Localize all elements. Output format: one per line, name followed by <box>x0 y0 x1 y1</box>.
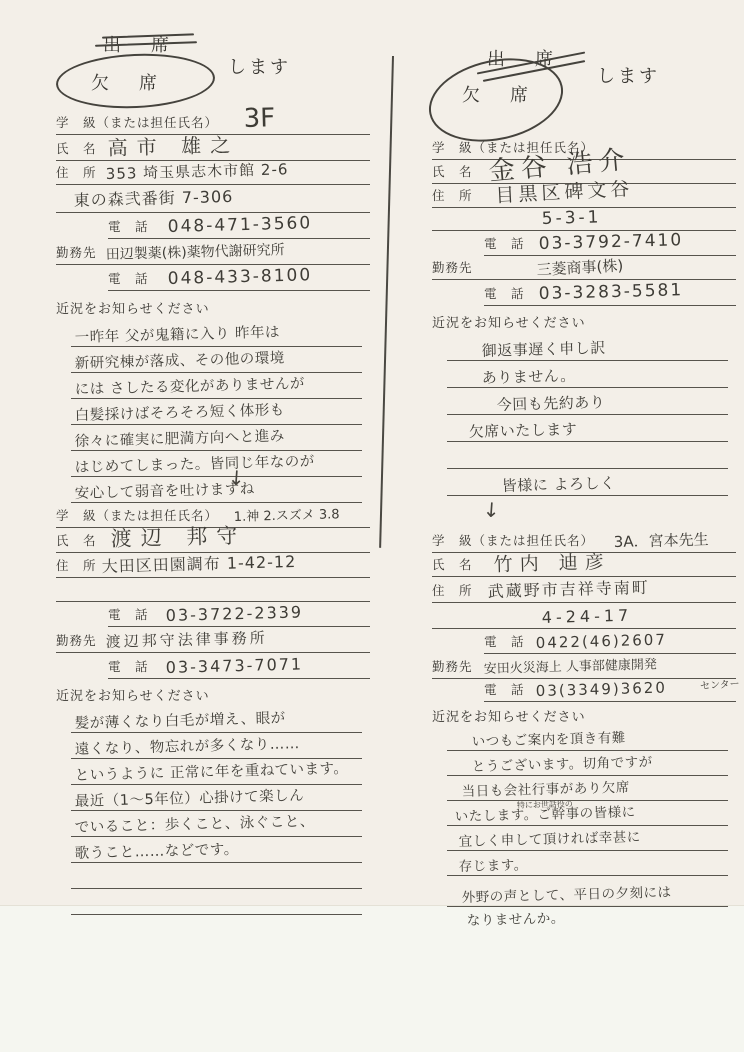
news-line: 欠席いたします <box>447 415 728 442</box>
news-line: 最近（1〜5年位）心掛けて楽しん <box>71 785 362 811</box>
news-text: いつもご案内を頂き有難 <box>472 731 626 749</box>
phone-value-handwritten: 03-3792-7410 <box>539 232 684 253</box>
news-line: 今回も先約あり <box>447 388 728 415</box>
address-line2-row <box>56 578 370 602</box>
handwritten-continuation-mark: ↓ <box>227 467 245 488</box>
phone-label: 電 話 <box>484 632 525 650</box>
address-value-handwritten: 目黒区碑文谷 <box>495 180 634 206</box>
news-text: 遠くなり、物忘れが多くなり…… <box>75 737 300 757</box>
class-label: 学 級（または担任氏名） <box>56 506 218 524</box>
news-label: 近況をお知らせください <box>432 306 736 335</box>
empty-ruled-line <box>71 863 362 889</box>
phone-field-row: 電 話 03-3792-7410 <box>484 231 736 256</box>
name-value-handwritten: 竹内 迪彦 <box>494 553 612 575</box>
news-text: 欠席いたします <box>469 422 578 440</box>
workplace-label: 勤務先 <box>56 243 97 261</box>
address-field-row: 住 所 武蔵野市吉祥寺南町 <box>432 577 736 603</box>
news-text: 白髪採けばそろそろ短く体形も <box>75 403 285 423</box>
name-value-handwritten: 渡辺 邦守 <box>110 525 246 550</box>
news-text: 外野の声として、平日の夕刻には <box>462 886 672 905</box>
news-line: なりませんか。 <box>447 907 728 929</box>
phone-field-row: 電 話 048-471-3560 <box>108 213 370 239</box>
address-field-row: 住 所 目黒区碑文谷 <box>432 184 736 208</box>
workplace-phone-handwritten: 03-3473-7071 <box>166 656 304 676</box>
phone-label: 電 話 <box>484 284 525 302</box>
workplace-label: 勤務先 <box>432 657 473 675</box>
phone-label: 電 話 <box>484 234 525 252</box>
name-value-handwritten: 高市 雄之 <box>107 135 239 158</box>
workplace-phone-handwritten: 03(3349)3620 <box>536 681 667 699</box>
workplace-phone-row: 電 話 03(3349)3620 <box>484 679 736 702</box>
workplace-value-handwritten: 渡辺邦守法律事務所 <box>106 631 268 650</box>
address2-value-handwritten: 5-3-1 <box>542 209 602 228</box>
address-label: 住 所 <box>56 163 97 181</box>
workplace-value-handwritten: 安田火災海上 人事部健康開発 <box>484 658 657 676</box>
column-divider-line <box>379 56 394 548</box>
name-field-row: 氏 名 渡辺 邦守 <box>56 528 370 553</box>
news-line: 存じます。 <box>447 851 728 876</box>
news-line: 御返事遅く申し訳 <box>447 335 728 361</box>
address-value-handwritten: 353 埼玉県志木市館 2-6 <box>106 162 289 182</box>
phone-label: 電 話 <box>108 605 149 623</box>
news-text: ありません。 <box>482 369 576 386</box>
attendance-reply-form-left-bottom: 学 級（または担任氏名） 1.神 2.スズメ 3.8 氏 名 渡辺 邦守 住 所… <box>56 505 370 915</box>
news-line: でいること：歩くこと、泳ぐこと、 <box>71 811 362 837</box>
phone-label: 電 話 <box>108 217 149 235</box>
news-text: はじめてしまった。皆同じ年なのが <box>75 454 315 475</box>
news-text: には さしたる変化がありませんが <box>75 376 305 397</box>
class-value-handwritten: 1.神 2.スズメ 3.8 <box>234 508 340 524</box>
news-line: 皆様に よろしく <box>447 469 728 496</box>
absent-label: 欠 席 <box>91 69 163 95</box>
phone-label: 電 話 <box>484 680 525 698</box>
name-label: 氏 名 <box>432 162 473 180</box>
empty-ruled-line <box>447 442 728 469</box>
workplace-field-row: 勤務先 田辺製薬(株)薬物代謝研究所 <box>56 239 370 265</box>
news-line: 徐々に確実に肥満方向へと進み <box>71 425 362 451</box>
shimasu-label: します <box>597 62 660 88</box>
news-line: 白髪採けばそろそろ短く体形も <box>71 399 362 425</box>
phone-field-row: 電 話 03-3722-2339 <box>108 602 370 627</box>
phone-value-handwritten: 03-3722-2339 <box>166 604 304 624</box>
class-field-row: 学 級（または担任氏名） 3A．宮本先生 <box>432 530 736 553</box>
news-line: には さしたる変化がありませんが <box>71 373 362 399</box>
news-text: なりませんか。 <box>467 912 565 928</box>
news-label: 近況をお知らせください <box>56 291 370 322</box>
handwritten-continuation-mark: ↓ <box>482 499 500 520</box>
address2-value-handwritten: 東の森弐番街 7-306 <box>74 189 234 209</box>
address-label: 住 所 <box>432 581 473 599</box>
address-line2-row: 5-3-1 <box>432 208 736 231</box>
news-text: 当日も会社行事があり欠席 <box>462 781 630 799</box>
news-text: 今回も先約あり <box>497 395 606 413</box>
name-label: 氏 名 <box>56 531 97 549</box>
news-line: 髪が薄くなり白毛が増え、眼が <box>71 708 362 733</box>
workplace-phone-handwritten: 048-433-8100 <box>168 267 313 288</box>
address-value-handwritten: 大田区田園調布 1-42-12 <box>102 554 297 575</box>
news-line: とうございます。切角ですが <box>447 751 728 776</box>
workplace-label: 勤務先 <box>56 631 97 649</box>
phone-label: 電 話 <box>108 657 149 675</box>
empty-ruled-line <box>71 889 362 915</box>
news-line: というように 正常に年を重ねています。 <box>71 759 362 785</box>
attendance-reply-form-right-bottom: 学 級（または担任氏名） 3A．宮本先生 氏 名 竹内 迪彦 住 所 武蔵野市吉… <box>432 530 736 929</box>
news-line: 外野の声として、平日の夕刻には <box>447 882 728 907</box>
news-line: いつもご案内を頂き有難 <box>447 726 728 751</box>
address-line2-row: 4-24-17 <box>432 603 736 629</box>
workplace-field-row: 勤務先 渡辺邦守法律事務所 <box>56 627 370 653</box>
scanned-document: 出 席 欠 席 します 学 級（または担任氏名） 3F 氏 名 高市 雄之 住 … <box>0 0 744 1052</box>
news-line: はじめてしまった。皆同じ年なのが <box>71 451 362 477</box>
news-line: 宜しく申して頂ければ幸甚に <box>447 826 728 851</box>
news-text: いたします。ご幹事の皆様に <box>455 806 636 824</box>
class-value-handwritten: 3F <box>243 105 275 132</box>
news-text: 宜しく申して頂ければ幸甚に <box>459 831 641 849</box>
news-line: 遠くなり、物忘れが多くなり…… <box>71 733 362 759</box>
workplace-phone-row: 電 話 048-433-8100 <box>108 265 370 291</box>
news-text: でいること：歩くこと、泳ぐこと、 <box>75 814 315 835</box>
phone-field-row: 電 話 0422(46)2607 <box>484 629 736 654</box>
news-text: 御返事遅く申し訳 <box>482 341 606 359</box>
news-line: 歌うこと……などです。 <box>71 837 362 863</box>
news-line: 一昨年 父が鬼籍に入り 昨年は <box>71 322 362 347</box>
news-text: 髪が薄くなり白毛が増え、眼が <box>75 711 286 731</box>
name-field-row: 氏 名 竹内 迪彦 <box>432 553 736 577</box>
address-line2-row: 東の森弐番街 7-306 <box>56 185 370 213</box>
news-line: 当日も会社行事があり欠席 <box>447 776 728 801</box>
class-value-handwritten: 3A．宮本先生 <box>614 533 709 550</box>
news-text: 皆様に よろしく <box>502 476 616 494</box>
class-field-row: 学 級（または担任氏名） 3F <box>56 112 370 135</box>
absent-label: 欠 席 <box>462 81 534 107</box>
address2-value-handwritten: 4-24-17 <box>542 608 633 626</box>
workplace-field-row: 勤務先 三菱商事(株) <box>432 256 736 280</box>
name-field-row: 氏 名 高市 雄之 <box>56 135 370 161</box>
news-line: 安心して弱音を吐けますね <box>71 477 362 503</box>
attendance-reply-form-left-top: 学 級（または担任氏名） 3F 氏 名 高市 雄之 住 所 353 埼玉県志木市… <box>56 112 370 503</box>
name-label: 氏 名 <box>56 139 97 157</box>
workplace-phone-row: 電 話 03-3473-7071 <box>108 653 370 679</box>
workplace-label: 勤務先 <box>432 258 473 276</box>
address-label: 住 所 <box>432 186 473 204</box>
address-field-row: 住 所 353 埼玉県志木市館 2-6 <box>56 161 370 185</box>
workplace-phone-row: 電 話 03-3283-5581 <box>484 280 736 306</box>
news-text: 一昨年 父が鬼籍に入り 昨年は <box>75 325 281 345</box>
news-line: ありません。 <box>447 361 728 388</box>
news-text: 新研究棟が落成、その他の環境 <box>75 351 285 371</box>
news-text: 存じます。 <box>459 859 528 874</box>
phone-label: 電 話 <box>108 269 149 287</box>
workplace-phone-handwritten: 03-3283-5581 <box>539 282 684 303</box>
news-text: 歌うこと……などです。 <box>75 842 239 861</box>
news-text: とうございます。切角ですが <box>472 756 653 774</box>
attendance-reply-form-right-top: 学 級（または担任氏名） 氏 名 金谷 浩介 住 所 目黒区碑文谷 5-3-1 … <box>432 137 736 496</box>
shimasu-label: します <box>228 53 291 79</box>
news-text: 最近（1〜5年位）心掛けて楽しん <box>75 788 305 809</box>
workplace-value-handwritten: 三菱商事(株) <box>536 258 623 278</box>
name-label: 氏 名 <box>432 555 473 573</box>
class-label: 学 級（または担任氏名） <box>432 531 594 549</box>
address-value-handwritten: 武蔵野市吉祥寺南町 <box>488 580 650 600</box>
workplace-field-row: 勤務先 安田火災海上 人事部健康開発 センター <box>432 654 736 679</box>
phone-value-handwritten: 048-471-3560 <box>168 215 313 236</box>
news-text: というように 正常に年を重ねています。 <box>75 761 349 783</box>
class-label: 学 級（または担任氏名） <box>56 113 218 131</box>
news-line: 新研究棟が落成、その他の環境 <box>71 347 362 373</box>
address-label: 住 所 <box>56 556 97 574</box>
news-line: 特にお世話役の いたします。ご幹事の皆様に <box>447 801 728 826</box>
phone-value-handwritten: 0422(46)2607 <box>536 633 667 651</box>
news-label: 近況をお知らせください <box>432 702 736 726</box>
news-label: 近況をお知らせください <box>56 679 370 708</box>
workplace-value-handwritten: 田辺製薬(株)薬物代謝研究所 <box>106 243 285 262</box>
address-field-row: 住 所 大田区田園調布 1-42-12 <box>56 553 370 578</box>
news-text: 徐々に確実に肥満方向へと進み <box>75 429 285 449</box>
